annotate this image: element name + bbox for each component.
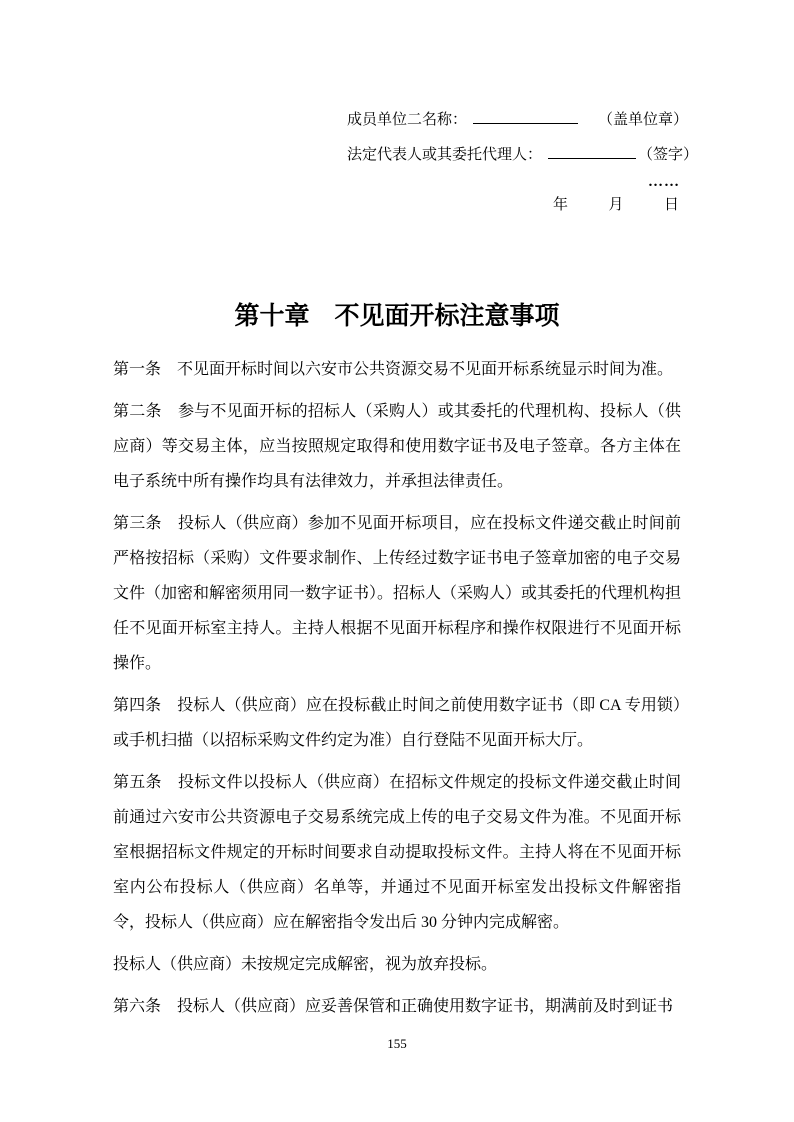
day-label: 日: [664, 196, 679, 214]
year-label: 年: [553, 196, 568, 214]
chapter-body: 第一条 不见面开标时间以六安市公共资源交易不见面开标系统显示时间为准。 第二条 …: [113, 352, 681, 1031]
member-unit-label: 成员单位二名称：: [347, 112, 467, 128]
date-line: 年 月 日: [347, 196, 687, 216]
clause-4: 第四条 投标人（供应商）应在投标截止时间之前使用数字证书（即 CA 专用锁）或手…: [113, 688, 681, 758]
ellipsis-text: ……: [347, 174, 687, 196]
clause-5-note: 投标人（供应商）未按规定完成解密，视为放弃投标。: [113, 947, 681, 982]
month-label: 月: [608, 196, 623, 214]
date-line-inner: 年 月 日: [553, 196, 679, 214]
chapter-title: 第十章 不见面开标注意事项: [0, 299, 794, 335]
page-number: 155: [0, 1036, 794, 1052]
seal-note: （盖单位章）: [598, 112, 688, 128]
sign-note: （签字）: [638, 147, 698, 163]
clause-3: 第三条 投标人（供应商）参加不见面开标项目，应在投标文件递交截止时间前严格按招标…: [113, 506, 681, 681]
clause-5: 第五条 投标文件以投标人（供应商）在招标文件规定的投标文件递交截止时间前通过六安…: [113, 765, 681, 940]
signature-block: 成员单位二名称：（盖单位章） 法定代表人或其委托代理人：（签字） …… 年 月 …: [347, 108, 687, 216]
member-unit-signature-line: 成员单位二名称：（盖单位章）: [347, 108, 687, 143]
clause-2: 第二条 参与不见面开标的招标人（采购人）或其委托的代理机构、投标人（供应商）等交…: [113, 394, 681, 499]
clause-6: 第六条 投标人（供应商）应妥善保管和正确使用数字证书，期满前及时到证书: [113, 989, 681, 1024]
legal-rep-label: 法定代表人或其委托代理人：: [347, 147, 542, 163]
member-unit-blank-line: [473, 108, 578, 124]
legal-rep-blank-line: [548, 143, 636, 159]
document-page: 成员单位二名称：（盖单位章） 法定代表人或其委托代理人：（签字） …… 年 月 …: [0, 0, 794, 1122]
clause-1: 第一条 不见面开标时间以六安市公共资源交易不见面开标系统显示时间为准。: [113, 352, 681, 387]
legal-rep-signature-line: 法定代表人或其委托代理人：（签字）: [347, 143, 687, 174]
